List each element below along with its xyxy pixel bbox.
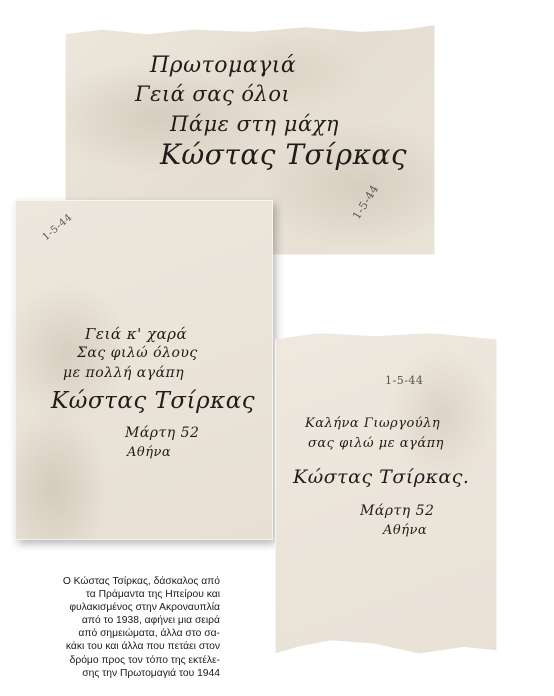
note-line: Μάρτη 52 xyxy=(125,425,199,441)
note-date-mark: 1-5-44 xyxy=(41,212,75,243)
caption-line: από το 1938, αφήνει μια σειρά xyxy=(20,614,220,627)
note-line: με πολλή αγάπη xyxy=(63,365,184,381)
caption-line: σης την Πρωτομαγιά του 1944 xyxy=(20,667,220,680)
caption-line: τα Πράμαντα της Ηπείρου και xyxy=(20,588,220,601)
note-line: Γειά κ' χαρά xyxy=(85,325,187,343)
note-line: Αθήνα xyxy=(127,445,171,460)
caption-line: από σημειώματα, άλλα στο σα- xyxy=(20,627,220,640)
photo-caption: Ο Κώστας Τσίρκας, δάσκαλος από τα Πράμαν… xyxy=(20,575,220,680)
note-line: Πάμε στη μάχη xyxy=(170,112,339,136)
caption-line: φυλακισμένος στην Ακροναυπλία xyxy=(20,601,220,614)
note-line: Σας φιλώ όλους xyxy=(77,345,198,361)
note-line: Γειά σας όλοι xyxy=(135,82,290,106)
caption-line: κάκι του και άλλα που πετάει στον xyxy=(20,640,220,653)
note-line: Αθήνα xyxy=(383,523,427,538)
note-signature: Κώστας Τσίρκας. xyxy=(293,466,469,488)
handwritten-note-left: 1-5-44 Γειά κ' χαρά Σας φιλώ όλους με πο… xyxy=(15,200,273,540)
handwritten-note-right: 1-5-44 Καλήνα Γιωργούλη σας φιλώ με αγάπ… xyxy=(275,333,497,660)
note-signature: Κώστας Τσίρκας xyxy=(51,388,255,414)
caption-line: δρόμο προς τον τόπο της εκτέλε- xyxy=(20,654,220,667)
note-date-mark: 1-5-44 xyxy=(350,182,381,221)
note-line: σας φιλώ με αγάπη xyxy=(308,436,444,451)
note-date-mark: 1-5-44 xyxy=(385,374,423,387)
note-line: Πρωτομαγιά xyxy=(150,53,296,78)
caption-line: Ο Κώστας Τσίρκας, δάσκαλος από xyxy=(20,575,220,588)
note-signature: Κώστας Τσίρκας xyxy=(160,138,407,171)
note-line: Μάρτη 52 xyxy=(360,503,434,519)
note-line: Καλήνα Γιωργούλη xyxy=(305,416,440,431)
